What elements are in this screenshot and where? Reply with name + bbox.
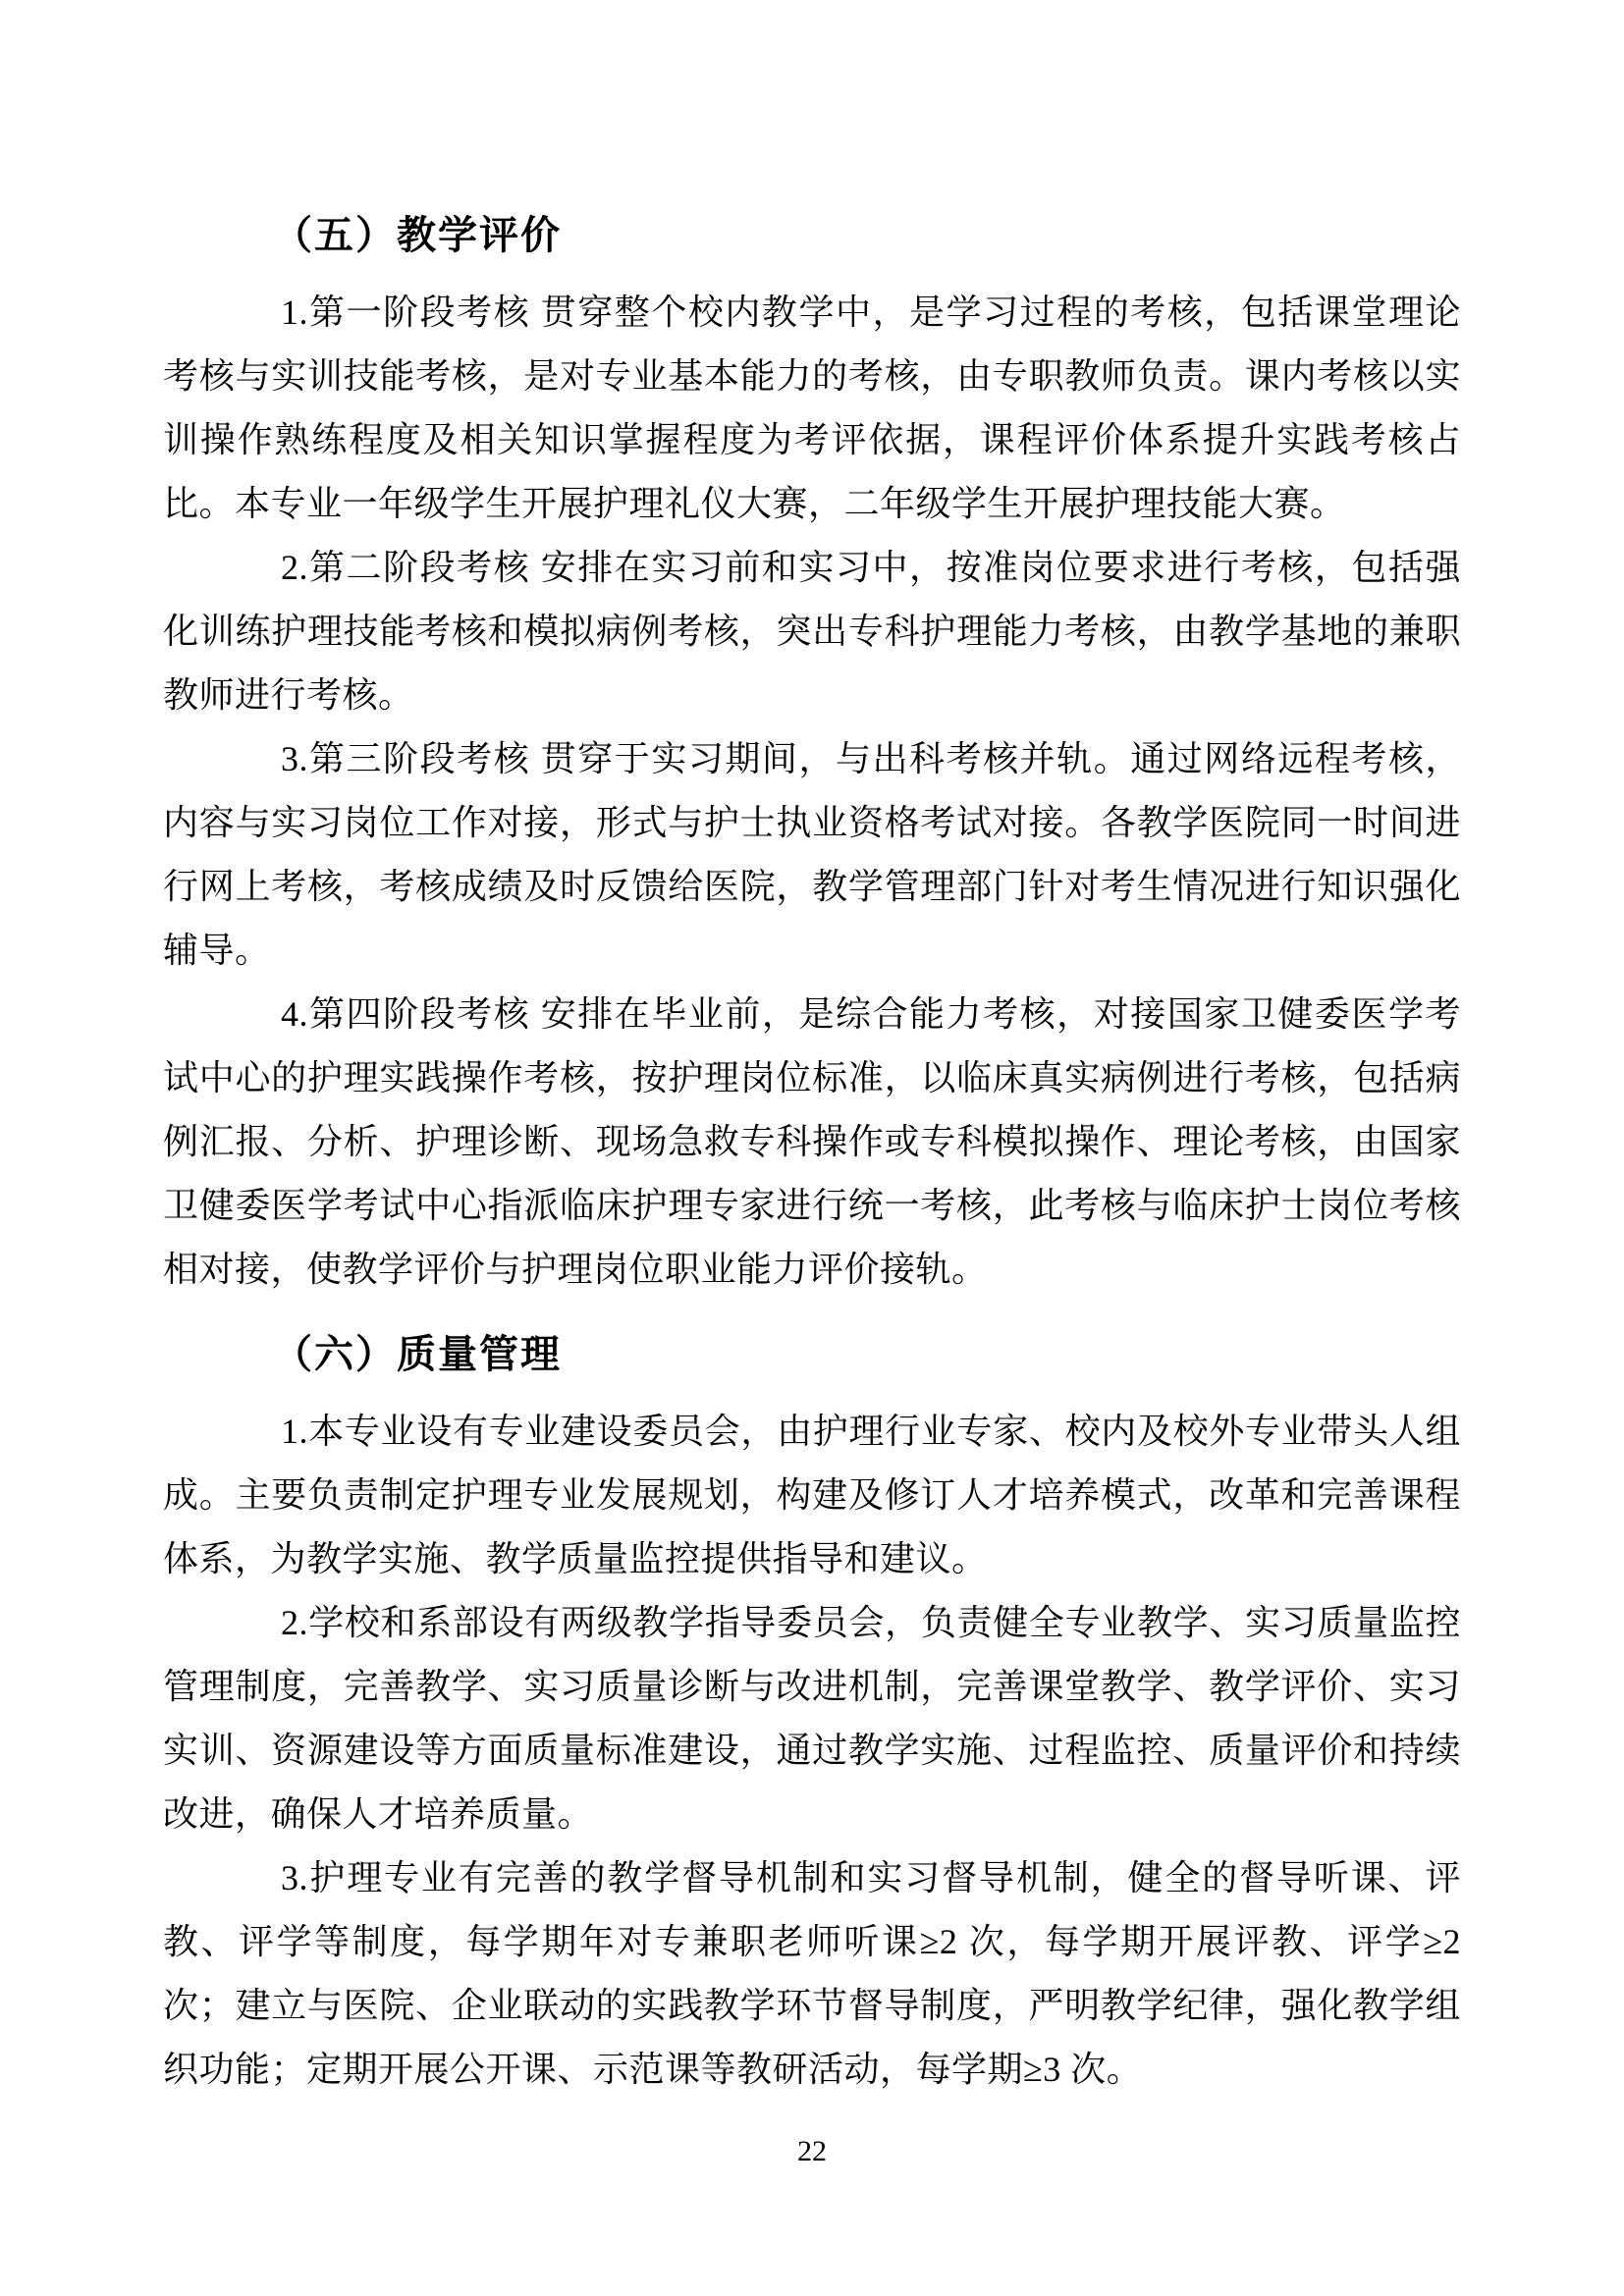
section-teaching-evaluation: （五）教学评价 1.第一阶段考核 贯穿整个校内教学中，是学习过程的考核，包括课堂… <box>163 208 1461 1302</box>
paragraph: 1.本专业设有专业建设委员会，由护理行业专家、校内及校外专业带头人组成。主要负责… <box>163 1400 1461 1591</box>
paragraph: 2.第二阶段考核 安排在实习前和实习中，按准岗位要求进行考核，包括强化训练护理技… <box>163 536 1461 727</box>
paragraph: 3.第三阶段考核 贯穿于实习期间，与出科考核并轨。通过网络远程考核，内容与实习岗… <box>163 727 1461 983</box>
page-content: （五）教学评价 1.第一阶段考核 贯穿整个校内教学中，是学习过程的考核，包括课堂… <box>163 208 1461 2102</box>
section-heading: （六）质量管理 <box>163 1327 1461 1382</box>
section-heading: （五）教学评价 <box>163 208 1461 263</box>
paragraph: 3.护理专业有完善的教学督导机制和实习督导机制，健全的督导听课、评教、评学等制度… <box>163 1846 1461 2102</box>
page-number: 22 <box>0 2132 1624 2171</box>
paragraph: 1.第一阶段考核 贯穿整个校内教学中，是学习过程的考核，包括课堂理论考核与实训技… <box>163 281 1461 536</box>
paragraph: 4.第四阶段考核 安排在毕业前，是综合能力考核，对接国家卫健委医学考试中心的护理… <box>163 983 1461 1302</box>
section-quality-management: （六）质量管理 1.本专业设有专业建设委员会，由护理行业专家、校内及校外专业带头… <box>163 1327 1461 2102</box>
document-page: （五）教学评价 1.第一阶段考核 贯穿整个校内教学中，是学习过程的考核，包括课堂… <box>0 0 1624 2296</box>
paragraph: 2.学校和系部设有两级教学指导委员会，负责健全专业教学、实习质量监控管理制度，完… <box>163 1591 1461 1846</box>
